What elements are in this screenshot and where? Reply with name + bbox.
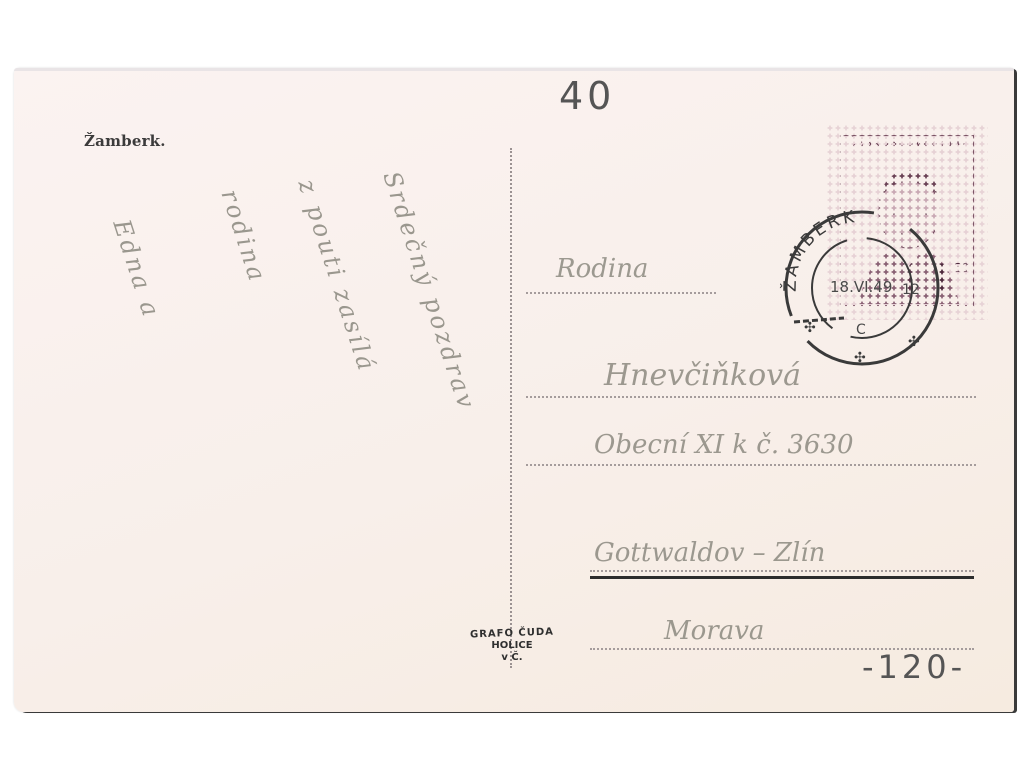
address-rule <box>526 396 976 398</box>
postmark-star-icon: ✣ <box>804 320 816 336</box>
postmark-letter: C <box>856 322 866 338</box>
address-rule <box>526 464 976 466</box>
postmark-star-icon: ✣ <box>854 350 866 366</box>
postage-stamp: ČESKOSLOVENSKO 150 <box>826 124 988 320</box>
address-line: Gottwaldov – Zlín <box>594 538 825 568</box>
stamp-frame: ČESKOSLOVENSKO 150 <box>840 135 974 306</box>
printer-mark-region: v Č. <box>466 652 558 664</box>
postcard: Žamberk. Srdečný pozdrav z pouti zasílá … <box>14 68 1014 712</box>
address-rule-solid <box>590 576 974 579</box>
pencil-note-bottom: -120- <box>862 648 966 686</box>
message-line: Edna a <box>107 216 165 322</box>
address-line: Morava <box>664 616 764 646</box>
address-rule <box>526 292 716 294</box>
place-title: Žamberk. <box>84 132 166 150</box>
message-line: rodina <box>215 186 272 287</box>
stamp-value-fraction: 50 <box>954 261 969 275</box>
printer-mark: GRAFO ČUDA HOLICE v Č. <box>466 628 558 664</box>
address-line: Hnevčiňková <box>604 358 801 393</box>
postmark-star-icon: ✣ <box>908 334 920 350</box>
stamp-value-main: 1 <box>930 257 954 301</box>
address-line: Obecní XI k č. 3630 <box>594 430 854 460</box>
stamp-country: ČESKOSLOVENSKO <box>841 138 973 149</box>
pencil-note-top: 40 <box>559 74 615 118</box>
address-line: Rodina <box>556 254 648 284</box>
divider-line <box>510 148 512 668</box>
message-line: Srdečný pozdrav <box>377 168 481 414</box>
message-line: z pouti zasílá <box>292 176 381 376</box>
address-rule <box>590 570 974 572</box>
printer-mark-city: HOLICE <box>466 640 558 652</box>
stamp-value: 150 <box>930 261 969 297</box>
